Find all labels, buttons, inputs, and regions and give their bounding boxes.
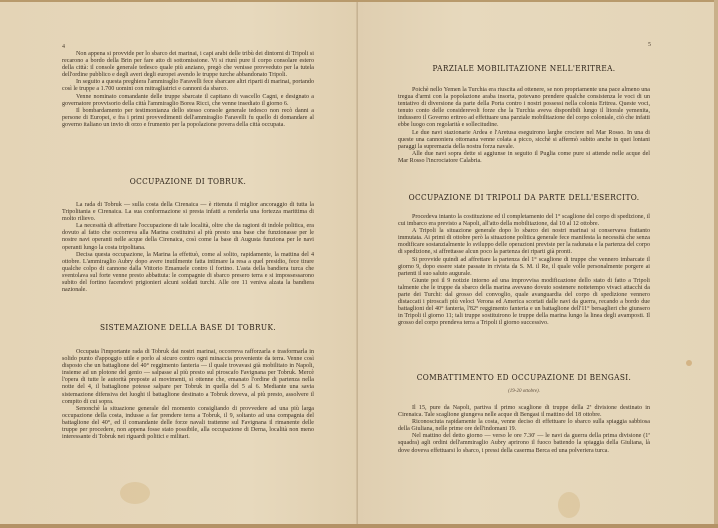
section-heading-tripoli: OCCUPAZIONE DI TRIPOLI DA PARTE DELL'ESE… <box>408 193 640 202</box>
paragraph: Nel mattino del detto giorno — verso le … <box>398 433 650 454</box>
page-edge <box>714 0 718 528</box>
paragraph: Procedeva intanto la costituzione ed il … <box>398 214 650 228</box>
paragraph: Poichè nello Yemen la Turchia era riusci… <box>398 87 650 130</box>
paragraph: Decisa questa occupazione, la Marina la … <box>62 252 314 295</box>
tobruk-section-text: La rada di Tobruk — sulla costa della Ci… <box>62 202 314 294</box>
paragraph: Il bombardamento per testimonianza dello… <box>62 108 314 129</box>
bengasi-section-text: Il 15, pure da Napoli, partiva il primo … <box>398 405 650 455</box>
paragraph: Il 15, pure da Napoli, partiva il primo … <box>398 405 650 419</box>
paragraph: La necessità di affrettare l'occupazione… <box>62 223 314 251</box>
page-edge <box>0 524 718 528</box>
tripoli-section-text: Procedeva intanto la costituzione ed il … <box>398 214 650 328</box>
right-page-number: 5 <box>648 42 651 48</box>
paragraph: La rada di Tobruk — sulla costa della Ci… <box>62 202 314 223</box>
paragraph: In seguito a questa preghiera l'ammiragl… <box>62 79 314 93</box>
paper-stain <box>686 360 692 366</box>
paragraph: Le due navi stazionarie Ardea e l'Aretus… <box>398 130 650 151</box>
paper-stain <box>120 482 150 504</box>
left-page: 4 Non appena si provvide per lo sbarco d… <box>0 2 358 524</box>
paragraph: Alle due navi sopra dette si aggiunse in… <box>398 151 650 165</box>
paragraph: Non appena si provvide per lo sbarco dei… <box>62 51 314 79</box>
paragraph: Riconosciuta rapidamente la costa, venne… <box>398 419 650 433</box>
paragraph: Senonchè la situazione generale del mome… <box>62 406 314 441</box>
section-heading-eritrea: PARZIALE MOBILITAZIONE NELL'ERITREA. <box>408 64 640 73</box>
right-page: 5 PARZIALE MOBILITAZIONE NELL'ERITREA. P… <box>358 2 714 524</box>
section-heading-base-tobruk: SISTEMAZIONE DELLA BASE DI TOBRUK. <box>72 323 304 332</box>
eritrea-section-text: Poichè nello Yemen la Turchia era riusci… <box>398 87 650 165</box>
paragraph: A Tripoli la situazione generale dopo lo… <box>398 228 650 256</box>
book-spread: 4 Non appena si provvide per lo sbarco d… <box>0 2 716 524</box>
paragraph: Giunte poi il 9 notizie intorno ad una i… <box>398 278 650 328</box>
paper-stain <box>558 492 580 518</box>
left-intro-text: Non appena si provvide per lo sbarco dei… <box>62 51 314 129</box>
paragraph: Si provvide quindi ad affrettare la part… <box>398 257 650 278</box>
left-page-number: 4 <box>62 44 65 50</box>
base-tobruk-section-text: Occupata l'importante rada di Tobruk dai… <box>62 349 314 441</box>
paragraph: Venne nominato comandante delle truppe s… <box>62 94 314 108</box>
paragraph: Occupata l'importante rada di Tobruk dai… <box>62 349 314 406</box>
section-heading-bengasi: COMBATTIMENTO ED OCCUPAZIONE DI BENGASI. <box>408 373 640 382</box>
section-heading-tobruk: OCCUPAZIONE DI TOBRUK. <box>72 177 304 186</box>
section-dates-bengasi: (19-20 ottobre). <box>398 389 650 394</box>
